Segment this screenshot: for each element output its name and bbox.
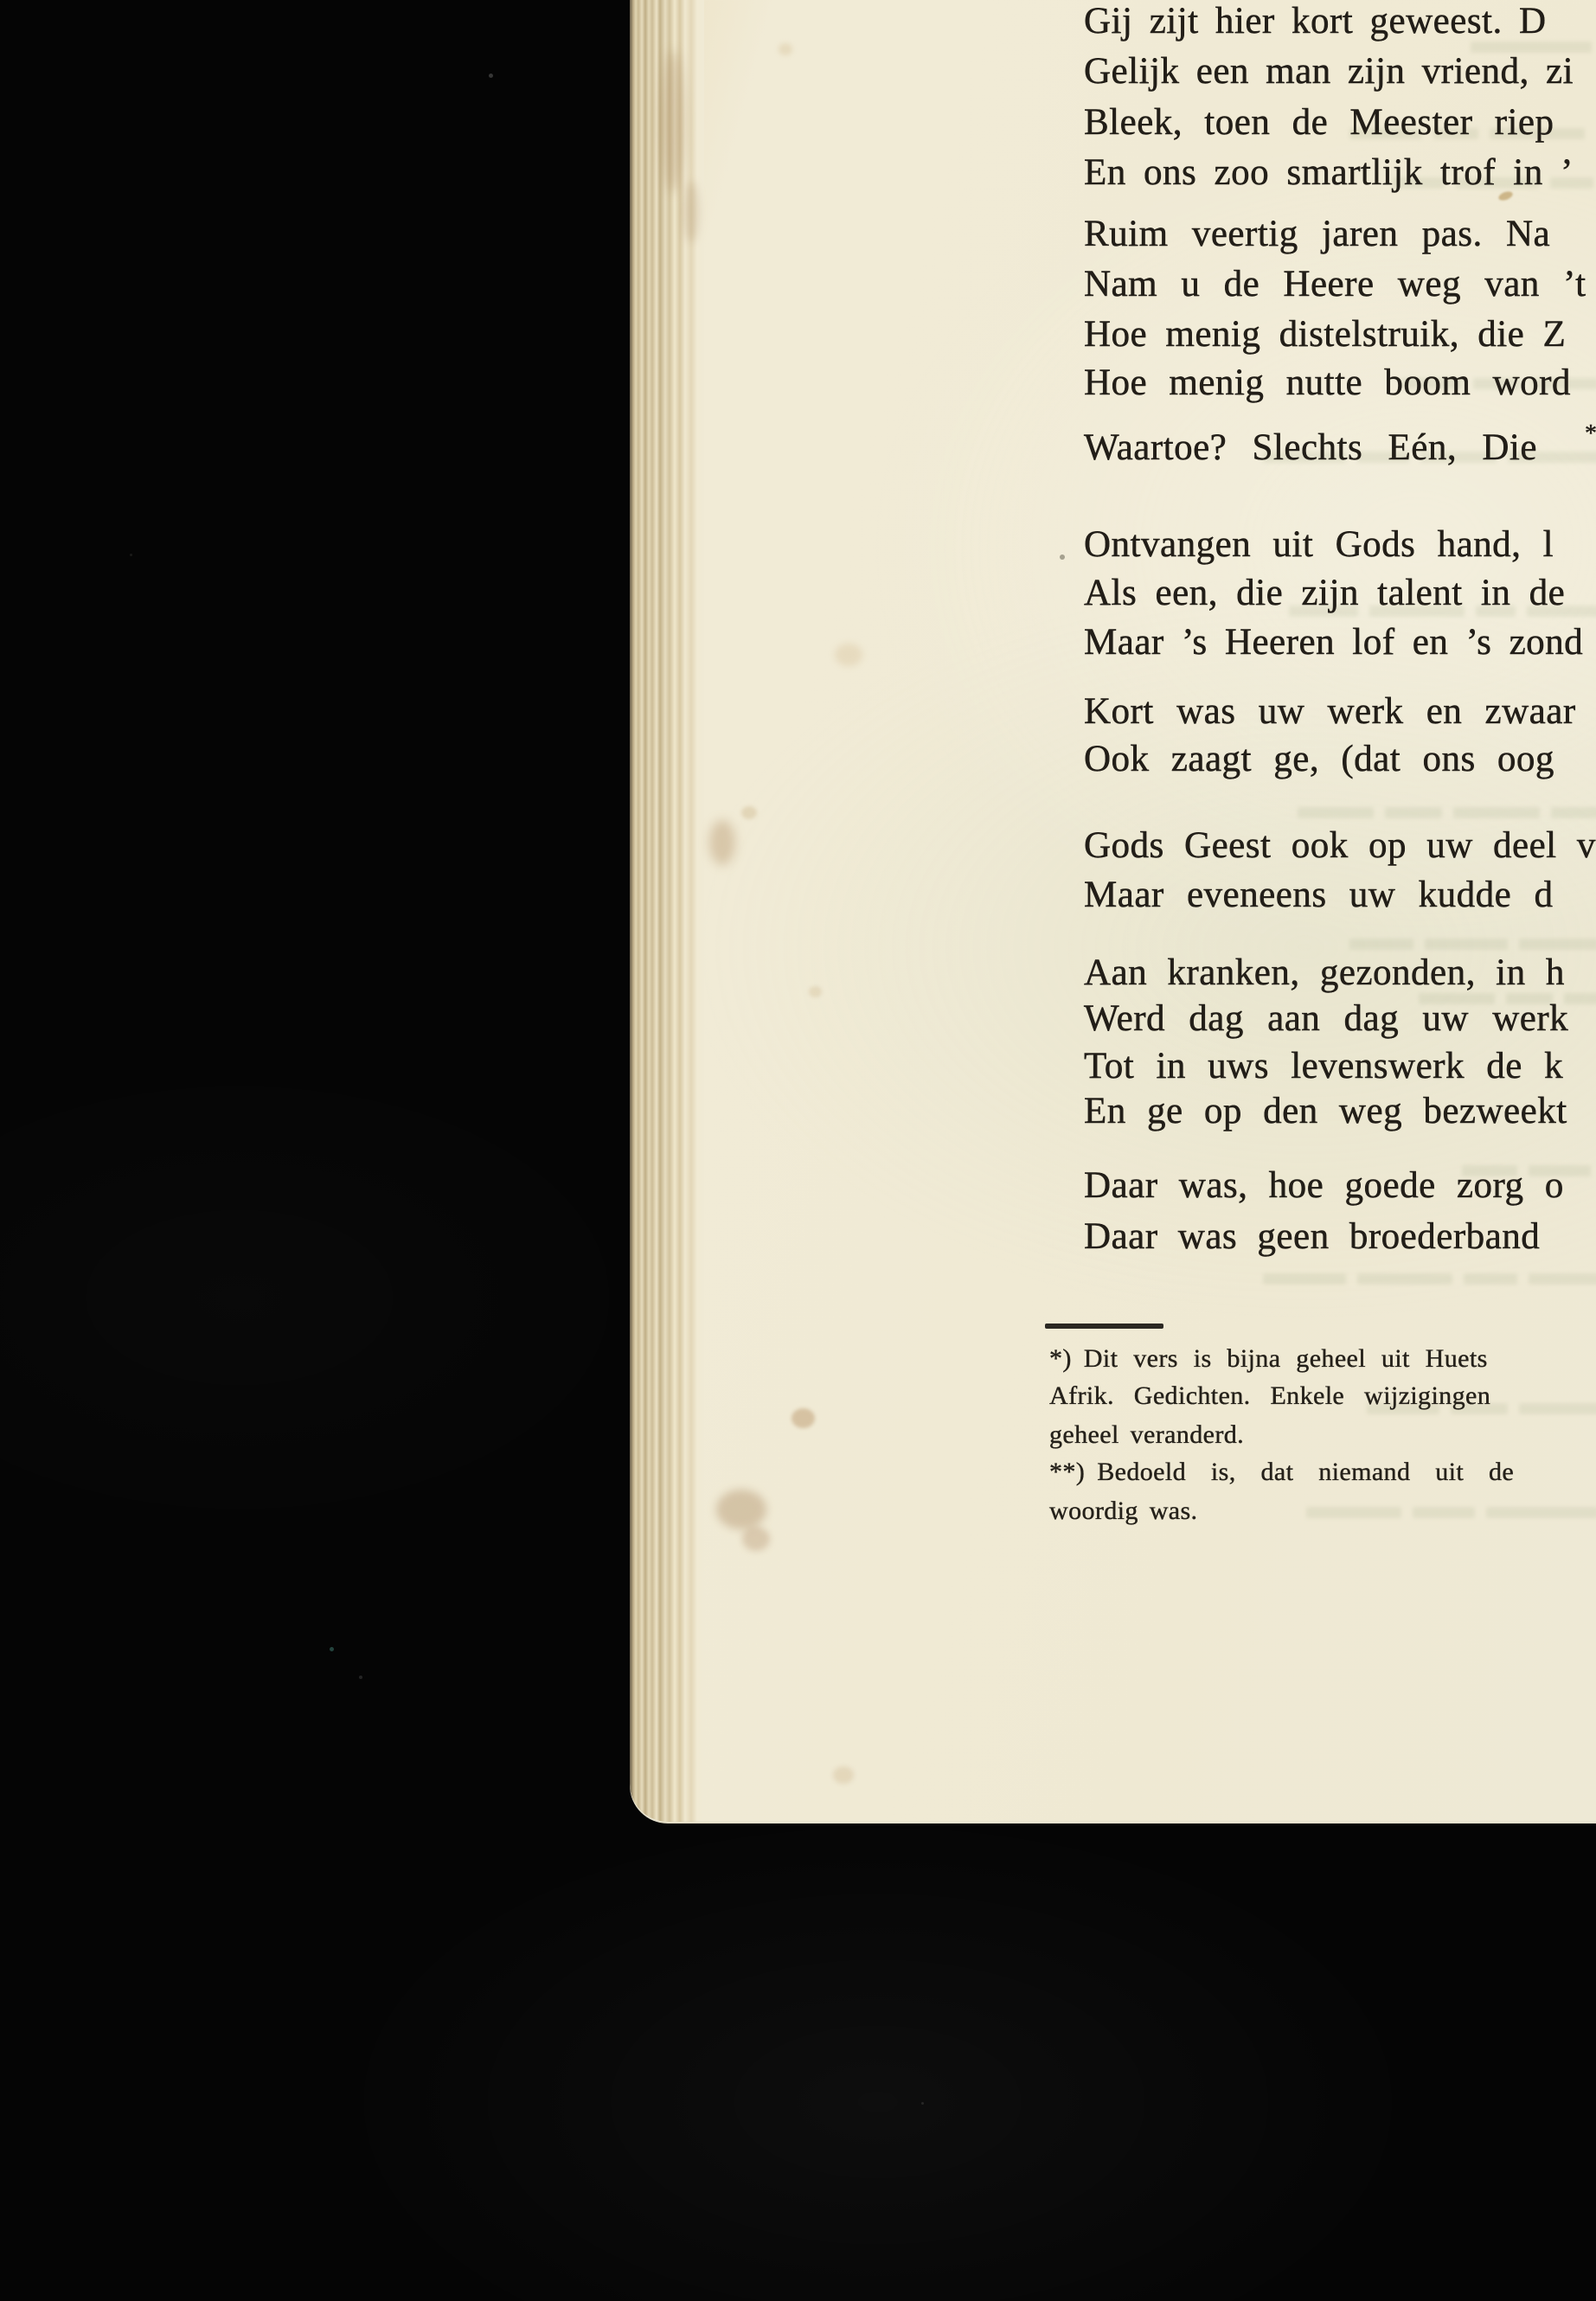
poem-line: Ook zaagt ge, (dat ons oog (1084, 740, 1554, 778)
poem-line: Werd dag aan dag uw werk (1084, 1000, 1568, 1037)
footnote-line: **)Bedoeld is, dat niemand uit de (1049, 1459, 1514, 1485)
poem-line: Daar was geen broederband (1084, 1218, 1540, 1255)
poem-line: Aan kranken, gezonden, in h (1084, 954, 1565, 991)
poem-line: Hoe menig nutte boom word (1084, 364, 1571, 401)
footnote-reference-asterisk: * (1585, 420, 1596, 448)
dust-speck (489, 74, 493, 78)
dust-speck (921, 2102, 924, 2105)
poem-line: Gij zijt hier kort geweest. D (1084, 3, 1547, 40)
dust-speck (359, 1676, 362, 1679)
poem-line: Daar was, hoe goede zorg o (1084, 1167, 1564, 1204)
poem-line: Bleek, toen de Meester riep (1084, 104, 1554, 141)
poem-line: Als een, die zijn talent in de (1084, 574, 1565, 612)
footnote-separator-rule (1045, 1324, 1163, 1329)
photo-of-open-book: Gij zijt hier kort geweest. D Gelijk een… (0, 0, 1596, 2301)
poem-line: Tot in uws levenswerk de k (1084, 1048, 1563, 1085)
footnote-marker: *) (1049, 1344, 1072, 1373)
footnote-text: Dit vers is bijna geheel uit Huets (1084, 1344, 1488, 1373)
poem-line: En ons zoo smartlijk trof in ’ (1084, 154, 1574, 191)
poem-line: Maar eveneens uw kudde d (1084, 876, 1553, 913)
poem-line: Gods Geest ook op uw deel v (1084, 827, 1596, 864)
printed-text: Gij zijt hier kort geweest. D Gelijk een… (630, 0, 1596, 1822)
footnote-line: woordig was. (1049, 1498, 1197, 1524)
poem-line: Maar ’s Heeren lof en ’s zond (1084, 624, 1583, 661)
dust-speck (130, 554, 132, 556)
poem-line: Nam u de Heere weg van ’t (1084, 266, 1586, 303)
footnote-marker: **) (1049, 1458, 1085, 1486)
dust-speck (330, 1647, 334, 1651)
book-page: Gij zijt hier kort geweest. D Gelijk een… (630, 0, 1596, 1823)
poem-line: En ge op den weg bezweekt (1084, 1093, 1567, 1130)
footnote-line: *)Dit vers is bijna geheel uit Huets (1049, 1346, 1488, 1372)
footnote-text: Bedoeld is, dat niemand uit de (1097, 1458, 1514, 1486)
poem-line: Kort was uw werk en zwaar (1084, 693, 1576, 730)
poem-line: Ruim veertig jaren pas. Na (1084, 215, 1550, 253)
footnote-line: geheel veranderd. (1049, 1422, 1244, 1448)
poem-line: Hoe menig distelstruik, die Z (1084, 316, 1566, 353)
footnote-line: Afrik. Gedichten. Enkele wijzigingen (1049, 1383, 1490, 1409)
poem-line: Gelijk een man zijn vriend, zi (1084, 53, 1574, 90)
poem-line: Ontvangen uit Gods hand, l (1084, 526, 1554, 563)
poem-line: Waartoe? Slechts Eén, Die (1084, 429, 1537, 466)
